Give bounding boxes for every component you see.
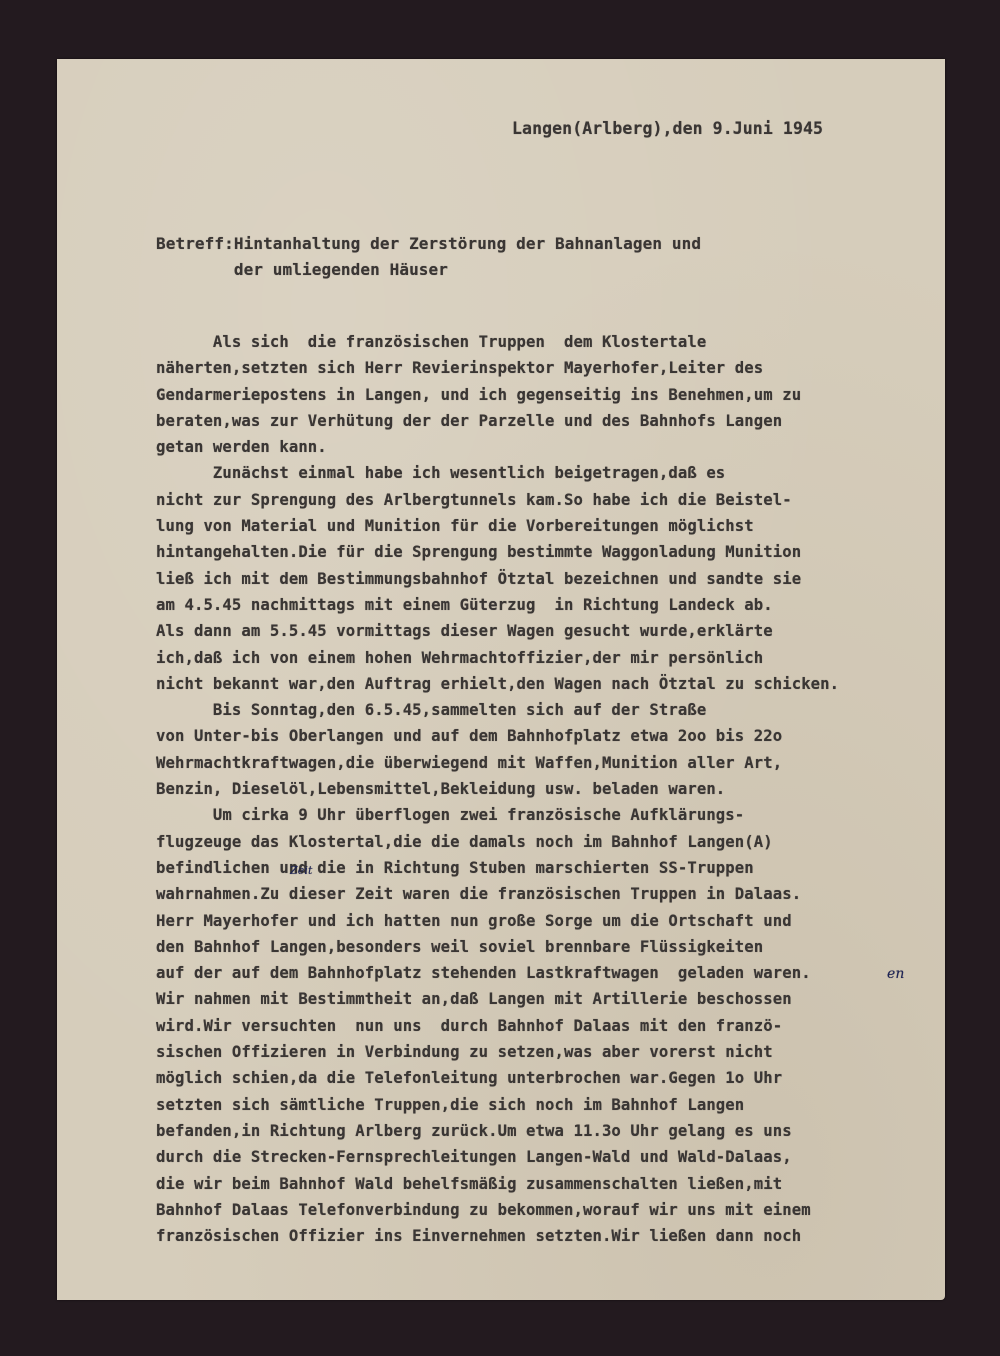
place-date: Langen(Arlberg),den 9.Juni 1945: [512, 119, 823, 138]
body-line: wird.Wir versuchten nun uns durch Bahnho…: [156, 1013, 839, 1039]
body-line: befindlichen und die in Richtung Stuben …: [156, 855, 839, 881]
body-line: setzten sich sämtliche Truppen,die sich …: [156, 1092, 839, 1118]
handwritten-insert-zeit: Zeit: [290, 864, 313, 877]
body-line: Zunächst einmal habe ich wesentlich beig…: [156, 460, 839, 486]
body-line: Als sich die französischen Truppen dem K…: [156, 329, 839, 355]
body-line: beraten,was zur Verhütung der der Parzel…: [156, 408, 839, 434]
body-line: sischen Offizieren in Verbindung zu setz…: [156, 1039, 839, 1065]
body-line: Benzin, Dieselöl,Lebensmittel,Bekleidung…: [156, 776, 839, 802]
body-line: getan werden kann.: [156, 434, 839, 460]
subject-line-2: der umliegenden Häuser: [234, 260, 448, 279]
body-line: nicht bekannt war,den Auftrag erhielt,de…: [156, 671, 839, 697]
body-line: flugzeuge das Klostertal,die die damals …: [156, 829, 839, 855]
body-line: die wir beim Bahnhof Wald behelfsmäßig z…: [156, 1171, 839, 1197]
body-line: Gendarmeriepostens in Langen, und ich ge…: [156, 382, 839, 408]
body-line: ließ ich mit dem Bestimmungsbahnhof Ötzt…: [156, 566, 839, 592]
body-line: auf der auf dem Bahnhofplatz stehenden L…: [156, 960, 839, 986]
body-line: möglich schien,da die Telefonleitung unt…: [156, 1065, 839, 1091]
body-line: Bis Sonntag,den 6.5.45,sammelten sich au…: [156, 697, 839, 723]
body-line: Als dann am 5.5.45 vormittags dieser Wag…: [156, 618, 839, 644]
letter-body: Als sich die französischen Truppen dem K…: [156, 329, 839, 1249]
body-line: näherten,setzten sich Herr Revierinspekt…: [156, 355, 839, 381]
body-line: lung von Material und Munition für die V…: [156, 513, 839, 539]
document-page: Langen(Arlberg),den 9.Juni 1945 Betreff:…: [57, 59, 945, 1300]
body-line: am 4.5.45 nachmittags mit einem Güterzug…: [156, 592, 839, 618]
body-line: Wir nahmen mit Bestimmtheit an,daß Lange…: [156, 986, 839, 1012]
subject-line-1: Hintanhaltung der Zerstörung der Bahnanl…: [234, 234, 701, 253]
body-line: nicht zur Sprengung des Arlbergtunnels k…: [156, 487, 839, 513]
body-line: durch die Strecken-Fernsprechleitungen L…: [156, 1144, 839, 1170]
body-line: ich,daß ich von einem hohen Wehrmachtoff…: [156, 645, 839, 671]
handwritten-insert-en: en: [887, 966, 905, 982]
body-line: wahrnahmen.Zu dieser Zeit waren die fran…: [156, 881, 839, 907]
body-line: französischen Offizier ins Einvernehmen …: [156, 1223, 839, 1249]
body-line: befanden,in Richtung Arlberg zurück.Um e…: [156, 1118, 839, 1144]
body-line: den Bahnhof Langen,besonders weil soviel…: [156, 934, 839, 960]
subject-label: Betreff:: [156, 234, 234, 253]
subject-block: Betreff:Hintanhaltung der Zerstörung der…: [156, 231, 701, 283]
body-line: Herr Mayerhofer und ich hatten nun große…: [156, 908, 839, 934]
body-line: Um cirka 9 Uhr überflogen zwei französis…: [156, 802, 839, 828]
body-line: hintangehalten.Die für die Sprengung bes…: [156, 539, 839, 565]
body-line: Bahnhof Dalaas Telefonverbindung zu beko…: [156, 1197, 839, 1223]
body-line: von Unter-bis Oberlangen und auf dem Bah…: [156, 723, 839, 749]
body-line: Wehrmachtkraftwagen,die überwiegend mit …: [156, 750, 839, 776]
